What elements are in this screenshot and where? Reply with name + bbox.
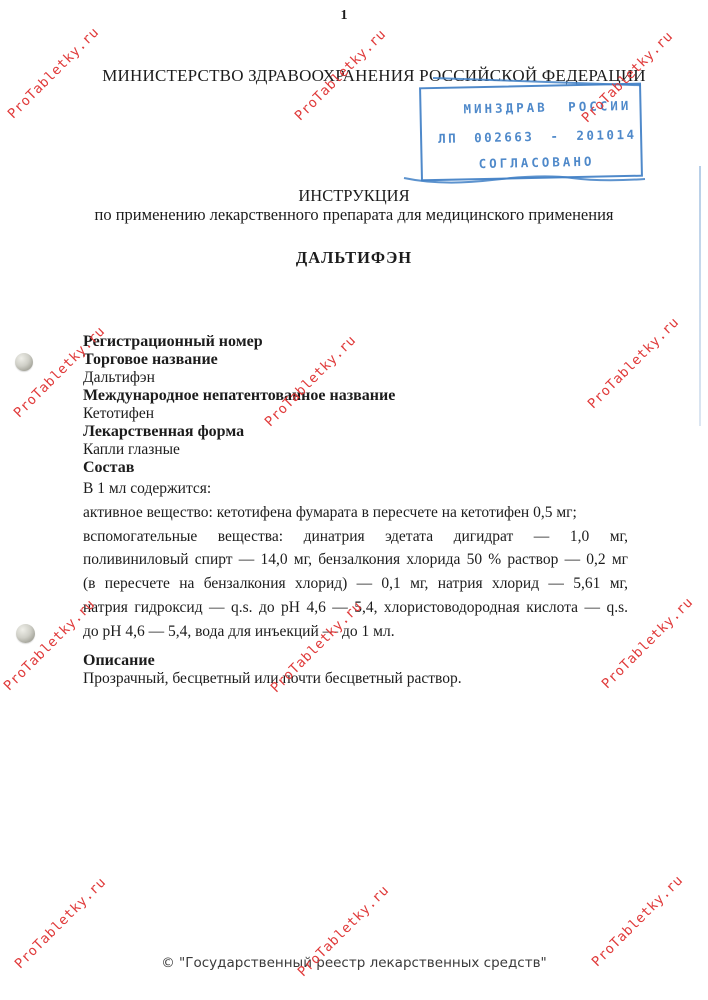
composition-line: В 1 мл содержится: xyxy=(83,477,628,501)
instruction-subtitle: по применению лекарственного препарата д… xyxy=(0,205,708,224)
stamp-line-reg-number: ЛП 002663 - 201014 xyxy=(438,127,637,146)
document-body: Регистрационный номер Торговое название … xyxy=(83,333,628,688)
approval-stamp: МИНЗДРАВ РОССИИ ЛП 002663 - 201014 СОГЛА… xyxy=(419,83,643,182)
section-heading-composition: Состав xyxy=(83,459,628,477)
inn-value: Кетотифен xyxy=(83,405,628,423)
hole-punch xyxy=(15,353,33,371)
instruction-title-block: ИНСТРУКЦИЯ по применению лекарственного … xyxy=(0,186,708,224)
composition-line: активное вещество: кетотифена фумарата в… xyxy=(83,501,628,525)
composition-line: (в пересчете на бензалкония хлорид) — 0,… xyxy=(83,572,628,596)
description-value: Прозрачный, бесцветный или почти бесцвет… xyxy=(83,670,628,688)
composition-line: натрия гидроксид — q.s. до pH 4,6 — 5,4,… xyxy=(83,596,628,620)
document-page: 1 МИНИСТЕРСТВО ЗДРАВООХРАНЕНИЯ РОССИЙСКО… xyxy=(0,0,708,1000)
trade-name-value: Дальтифэн xyxy=(83,369,628,387)
section-heading-reg-number: Регистрационный номер xyxy=(83,333,628,351)
stamp-wave-underline xyxy=(402,169,647,189)
composition-line: вспомогательные вещества: динатрия эдета… xyxy=(83,525,628,549)
section-heading-trade-name: Торговое название xyxy=(83,351,628,369)
section-heading-description: Описание xyxy=(83,652,628,670)
form-value: Капли глазные xyxy=(83,441,628,459)
composition-line: поливиниловый спирт — 14,0 мг, бензалкон… xyxy=(83,548,628,572)
section-heading-form: Лекарственная форма xyxy=(83,423,628,441)
page-number: 1 xyxy=(0,8,688,24)
composition-line: до pH 4,6 — 5,4, вода для инъекций — до … xyxy=(83,620,628,644)
section-heading-inn: Международное непатентованное название xyxy=(83,387,628,405)
composition-paragraph: В 1 мл содержится: активное вещество: ке… xyxy=(83,477,628,644)
footer-copyright: © "Государственный реестр лекарственных … xyxy=(0,955,708,971)
hole-punch xyxy=(16,624,35,643)
drug-name-title: ДАЛЬТИФЭН xyxy=(0,248,708,268)
stamp-line-ministry: МИНЗДРАВ РОССИИ xyxy=(463,98,631,117)
